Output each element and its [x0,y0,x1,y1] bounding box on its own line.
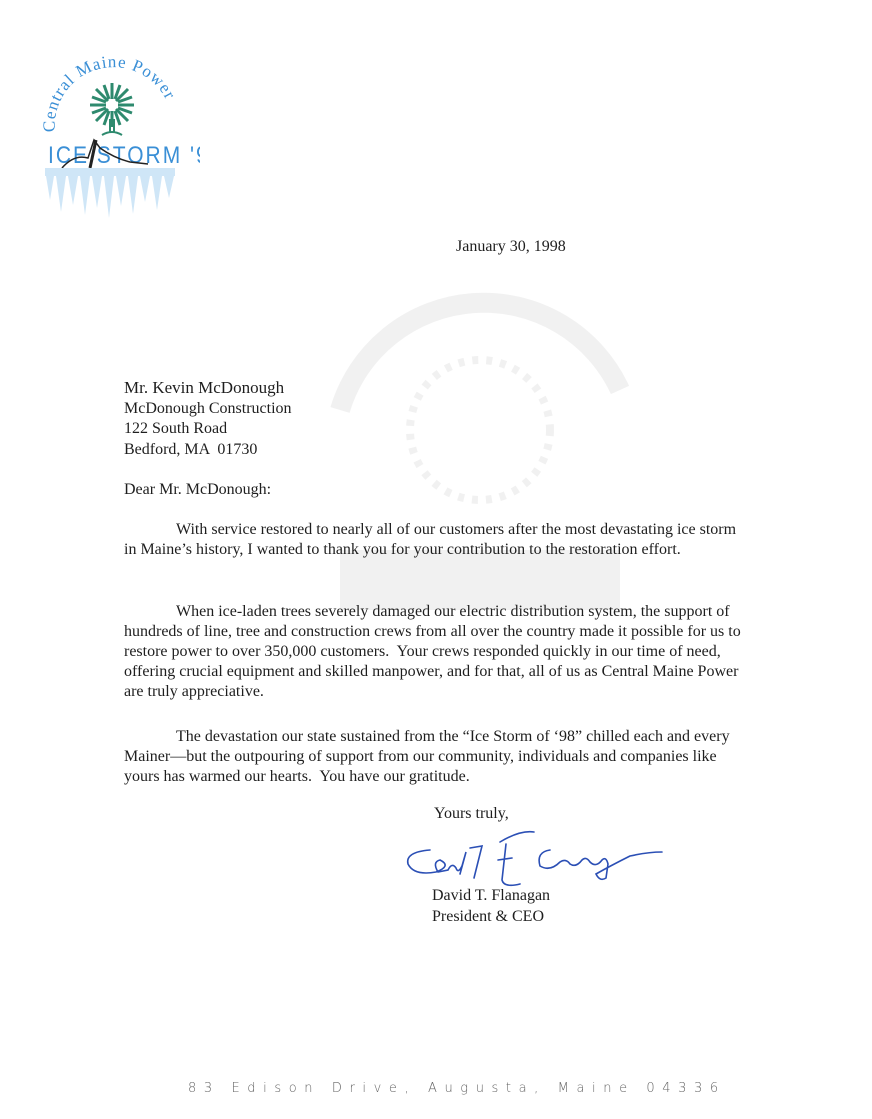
handwritten-signature [400,822,670,892]
recipient-company: McDonough Construction [124,399,292,420]
signer-block: David T. Flanagan President & CEO [432,885,550,927]
body-paragraph-3: The devastation our state sustained from… [124,727,752,787]
company-logo: Central Maine Power ICE STORM '98 [30,40,200,220]
footer-address: 83 Edison Drive, Augusta, Maine 04336 [188,1081,726,1096]
salutation: Dear Mr. McDonough: [124,481,271,499]
body-paragraph-1: With service restored to nearly all of o… [124,520,752,560]
recipient-street: 122 South Road [124,419,292,440]
signer-name: David T. Flanagan [432,885,550,906]
svg-text:ICE STORM '98: ICE STORM '98 [48,142,200,169]
recipient-city: Bedford, MA 01730 [124,440,292,461]
tree-burst-icon [90,83,134,135]
body-paragraph-2: When ice-laden trees severely damaged ou… [124,602,752,702]
recipient-name: Mr. Kevin McDonough [124,378,292,399]
recipient-address: Mr. Kevin McDonough McDonough Constructi… [124,378,292,460]
letter-date: January 30, 1998 [456,238,566,256]
closing: Yours truly, [434,805,509,823]
signer-title: President & CEO [432,906,550,927]
